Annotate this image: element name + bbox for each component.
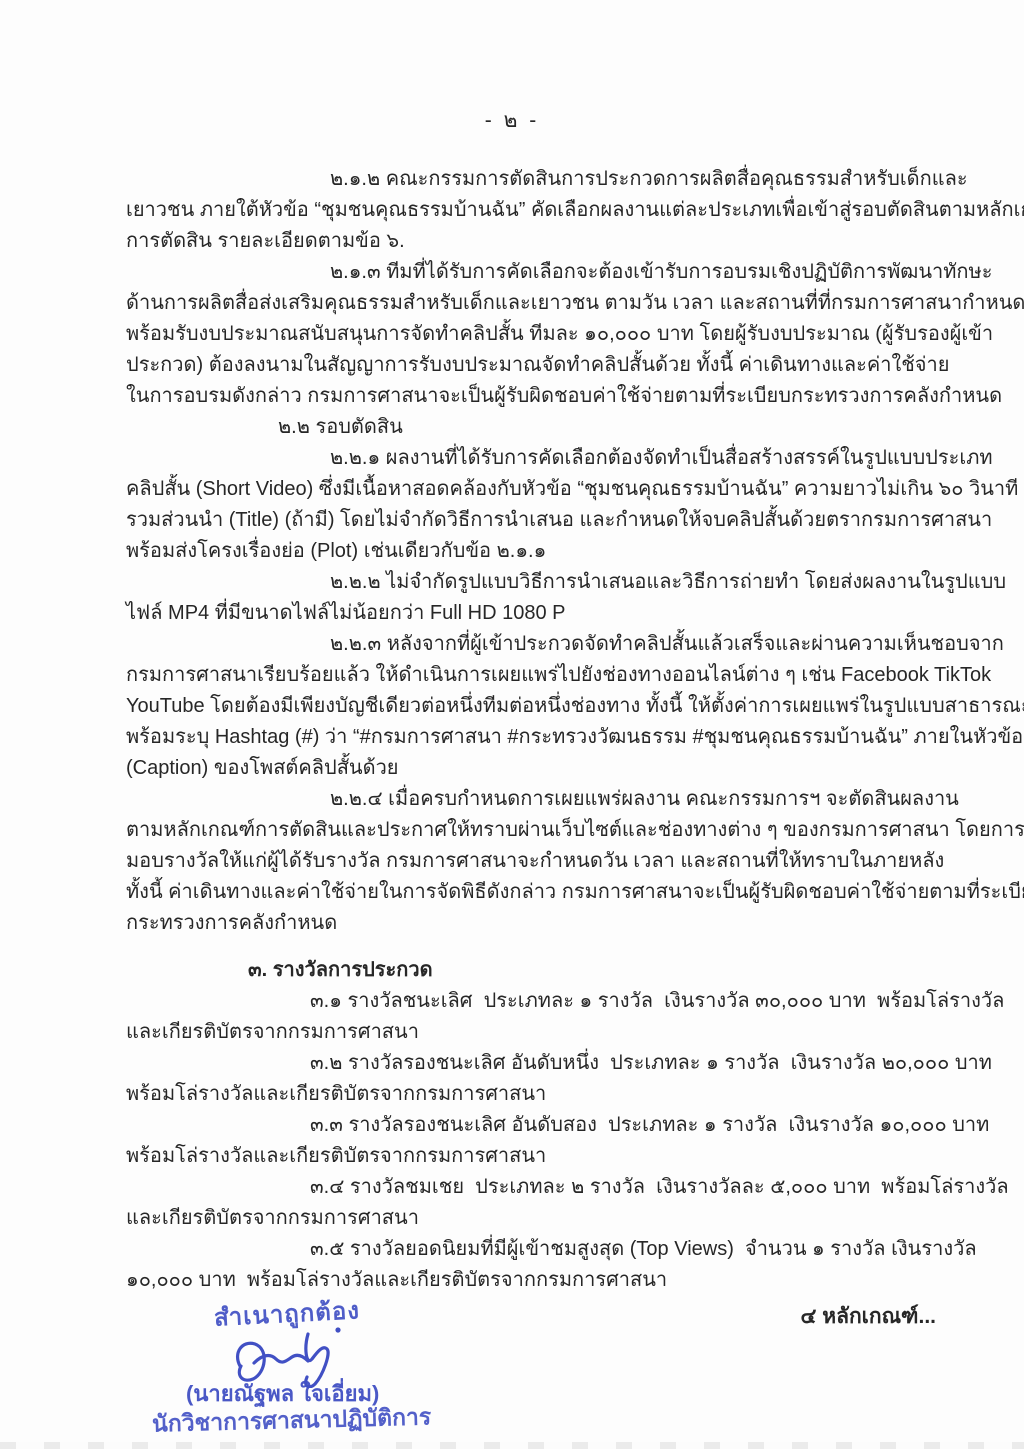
clause-2-2-3-line-1: ๒.๒.๓ หลังจากที่ผู้เข้าประกวดจัดทำคลิปสั… — [126, 629, 956, 660]
clause-2-2-1-line-1: ๒.๒.๑ ผลงานที่ได้รับการคัดเลือกต้องจัดทำ… — [126, 443, 956, 474]
clause-2-2-1-line-4: พร้อมส่งโครงเรื่องย่อ (Plot) เช่นเดียวกั… — [126, 536, 956, 567]
clause-3-1-line-2: และเกียรติบัตรจากกรมการศาสนา — [126, 1017, 956, 1048]
clause-2-2-3-line-2: กรมการศาสนาเรียบร้อยแล้ว ให้ดำเนินการเผย… — [126, 660, 956, 691]
clause-2-2-3-line-3: YouTube โดยต้องมีเพียงบัญชีเดียวต่อหนึ่ง… — [126, 691, 956, 722]
clause-2-1-3-line-4: ประกวด) ต้องลงนามในสัญญาการรับงบประมาณจั… — [126, 350, 956, 381]
clause-3-3-line-2: พร้อมโล่รางวัลและเกียรติบัตรจากกรมการศาส… — [126, 1141, 956, 1172]
scan-artifact-strip — [0, 1442, 1024, 1449]
certification-block: สำเนาถูกต้อง (นายณัฐพล ใจเอี่ยม) นักวิชา… — [0, 1288, 470, 1449]
document-body: ๒.๑.๒ คณะกรรมการตัดสินการประกวดการผลิตสื… — [126, 164, 956, 1296]
clause-2-2-4-line-3: มอบรางวัลให้แก่ผู้ได้รับรางวัล กรมการศาส… — [126, 846, 956, 877]
clause-2-1-3-line-2: ด้านการผลิตสื่อส่งเสริมคุณธรรมสำหรับเด็ก… — [126, 288, 956, 319]
clause-2-2-4-line-4: ทั้งนี้ ค่าเดินทางและค่าใช้จ่ายในการจัดพ… — [126, 877, 956, 908]
clause-2-2-4-line-2: ตามหลักเกณฑ์การตัดสินและประกาศให้ทราบผ่า… — [126, 815, 956, 846]
heading-2-2: ๒.๒ รอบตัดสิน — [126, 412, 956, 443]
clause-2-1-3-line-5: ในการอบรมดังกล่าว กรมการศาสนาจะเป็นผู้รั… — [126, 381, 956, 412]
clause-2-2-4-line-5: กระทรวงการคลังกำหนด — [126, 908, 956, 939]
clause-2-1-2-line-2: เยาวชน ภายใต้หัวข้อ “ชุมชนคุณธรรมบ้านฉัน… — [126, 195, 956, 226]
page-number: - ๒ - — [0, 104, 1024, 137]
clause-3-3-line-1: ๓.๓ รางวัลรองชนะเลิศ อันดับสอง ประเภทละ … — [126, 1110, 956, 1141]
clause-3-4-line-2: และเกียรติบัตรจากกรมการศาสนา — [126, 1203, 956, 1234]
clause-2-2-2-line-1: ๒.๒.๒ ไม่จำกัดรูปแบบวิธีการนำเสนอและวิธี… — [126, 567, 956, 598]
next-page-catchword: ๔ หลักเกณฑ์... — [801, 1300, 936, 1333]
clause-3-5-line-1: ๓.๕ รางวัลยอดนิยมที่มีผู้เข้าชมสูงสุด (T… — [126, 1234, 956, 1265]
clause-2-1-2-line-1: ๒.๑.๒ คณะกรรมการตัดสินการประกวดการผลิตสื… — [126, 164, 956, 195]
clause-3-1-line-1: ๓.๑ รางวัลชนะเลิศ ประเภทละ ๑ รางวัล เงิน… — [126, 986, 956, 1017]
document-page: - ๒ - ๒.๑.๒ คณะกรรมการตัดสินการประกวดการ… — [0, 0, 1024, 1449]
clause-2-2-2-line-2: ไฟล์ MP4 ที่มีขนาดไฟล์ไม่น้อยกว่า Full H… — [126, 598, 956, 629]
clause-2-2-3-line-5: (Caption) ของโพสต์คลิปสั้นด้วย — [126, 753, 956, 784]
clause-2-1-2-line-3: การตัดสิน รายละเอียดตามข้อ ๖. — [126, 226, 956, 257]
clause-2-2-3-line-4: พร้อมระบุ Hashtag (#) ว่า “#กรมการศาสนา … — [126, 722, 956, 753]
clause-3-2-line-2: พร้อมโล่รางวัลและเกียรติบัตรจากกรมการศาส… — [126, 1079, 956, 1110]
clause-2-1-3-line-3: พร้อมรับงบประมาณสนับสนุนการจัดทำคลิปสั้น… — [126, 319, 956, 350]
clause-2-1-3-line-1: ๒.๑.๓ ทีมที่ได้รับการคัดเลือกจะต้องเข้าร… — [126, 257, 956, 288]
clause-2-2-4-line-1: ๒.๒.๔ เมื่อครบกำหนดการเผยแพร่ผลงาน คณะกร… — [126, 784, 956, 815]
clause-3-4-line-1: ๓.๔ รางวัลชมเชย ประเภทละ ๒ รางวัล เงินรา… — [126, 1172, 956, 1203]
clause-2-2-1-line-3: รวมส่วนนำ (Title) (ถ้ามี) โดยไม่จำกัดวิธ… — [126, 505, 956, 536]
signer-title: นักวิชาการศาสนาปฏิบัติการ — [152, 1399, 432, 1442]
clause-2-2-1-line-2: คลิปสั้น (Short Video) ซึ่งมีเนื้อหาสอดค… — [126, 474, 956, 505]
heading-3: ๓. รางวัลการประกวด — [126, 955, 956, 986]
clause-3-2-line-1: ๓.๒ รางวัลรองชนะเลิศ อันดับหนึ่ง ประเภทล… — [126, 1048, 956, 1079]
